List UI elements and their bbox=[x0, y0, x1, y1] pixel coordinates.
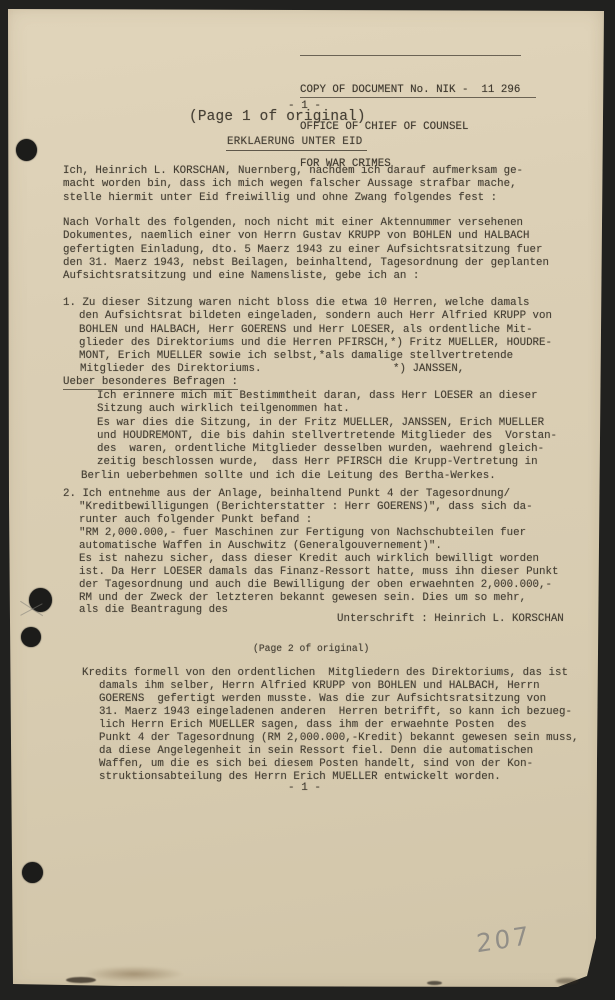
text-line: RM und der Zweck der letzteren bekannt g… bbox=[79, 592, 558, 605]
text-line: runter auch folgender Punkt befand : bbox=[79, 514, 558, 527]
numbered-item-1: 1. Zu dieser Sitzung waren nicht bloss d… bbox=[63, 297, 552, 363]
text-line: "RM 2,000.000,- fuer Maschinen zur Ferti… bbox=[79, 527, 558, 540]
text-line: den Aufsichtsrat bildeten eingeladen, so… bbox=[79, 310, 552, 323]
text-line: Kredits formell von den ordentlichen Mit… bbox=[82, 667, 578, 680]
befragen-heading: Ueber besonderes Befragen : bbox=[63, 376, 238, 390]
hole-punch bbox=[16, 139, 37, 161]
text-line: Dokumentes, naemlich einer von Herrn Gus… bbox=[63, 230, 549, 243]
stamp-rule-bottom bbox=[300, 97, 536, 98]
page2-of-original-label: (Page 2 of original) bbox=[253, 643, 369, 654]
text-line: des waren, ordentliche Mitglieder dessel… bbox=[97, 443, 557, 456]
text-line: stelle hiermit unter Eid freiwillig und … bbox=[63, 192, 523, 205]
text-line: Es ist nahezu sicher, dass dieser Kredit… bbox=[79, 553, 558, 566]
text-line: zeitig beschlossen wurde, dass Herr PFIR… bbox=[97, 456, 557, 469]
text-line: BOHLEN und HALBACH, Herr GOERENS und Her… bbox=[79, 324, 552, 337]
text-line: "Kreditbewilligungen (Berichterstatter :… bbox=[79, 501, 558, 514]
text-line: lich Herrn Erich MUELLER sagen, dass ihm… bbox=[99, 719, 578, 732]
stamp-rule-top bbox=[300, 55, 521, 56]
text-line: Ich, Heinrich L. KORSCHAN, Nuernberg, na… bbox=[63, 165, 523, 178]
signature-line: Unterschrift : Heinrich L. KORSCHAN bbox=[337, 613, 564, 625]
text-line: damals ihm selber, Herrn Alfried KRUPP v… bbox=[99, 680, 578, 693]
befragen-paragraph: Ich erinnere mich mit Bestimmtheit daran… bbox=[81, 390, 557, 483]
text-line: MONT, Erich MUELLER sowie ich selbst,*al… bbox=[79, 350, 552, 363]
stamp-line-document-number: COPY OF DOCUMENT No. NIK - 11 296 bbox=[300, 84, 520, 97]
preamble-paragraph: Nach Vorhalt des folgenden, noch nicht m… bbox=[63, 217, 549, 283]
text-line: glieder des Direktoriums und die Herren … bbox=[79, 337, 552, 350]
page1-of-original-label: (Page 1 of original) bbox=[189, 109, 366, 125]
text-line: automatische Waffen in Auschwitz (Genera… bbox=[79, 540, 558, 553]
text-line: 1. Zu dieser Sitzung waren nicht bloss d… bbox=[63, 297, 552, 310]
declaration-paragraph: Ich, Heinrich L. KORSCHAN, Nuernberg, na… bbox=[63, 165, 523, 205]
hole-punch bbox=[22, 862, 43, 883]
page-number-bottom: - 1 - bbox=[288, 782, 321, 794]
continuation-paragraph: Kredits formell von den ordentlichen Mit… bbox=[82, 667, 578, 784]
numbered-item-2: 2. Ich entnehme aus der Anlage, beinhalt… bbox=[63, 488, 558, 617]
text-line: den 31. Maerz 1943, nebst Beilagen, bein… bbox=[63, 257, 549, 270]
text-line: struktionsabteilung des Herrn Erich MUEL… bbox=[99, 771, 578, 784]
text-line: GOERENS gefertigt werden musste. Was die… bbox=[99, 693, 578, 706]
footnote-janssen: *) JANSSEN, bbox=[393, 363, 464, 375]
item1-last-line: Mitglieder des Direktoriums. bbox=[80, 363, 261, 375]
text-line: und HOUDREMONT, die bis dahin stellvertr… bbox=[97, 430, 557, 443]
document-scan: COPY OF DOCUMENT No. NIK - 11 296 OFFICE… bbox=[0, 0, 615, 1000]
text-line: Nach Vorhalt des folgenden, noch nicht m… bbox=[63, 217, 549, 230]
text-line: Aufsichtsratsitzung und eine Namensliste… bbox=[63, 270, 549, 283]
text-line: Ich erinnere mich mit Bestimmtheit daran… bbox=[97, 390, 557, 403]
text-line: Sitzung auch wirklich teilgenommen hat. bbox=[97, 403, 557, 416]
text-line: Punkt 4 der Tagesordnung (RM 2,000.000,-… bbox=[99, 732, 578, 745]
text-line: Es war dies die Sitzung, in der Fritz MU… bbox=[97, 417, 557, 430]
text-line: da diese Angelegenheit in sein Ressort f… bbox=[99, 745, 578, 758]
text-line: macht worden bin, dass ich mich wegen fa… bbox=[63, 178, 523, 191]
text-line: ist. Da Herr LOESER damals das Finanz-Re… bbox=[79, 566, 558, 579]
text-line: Berlin ueberbehmen sollte und ich die Le… bbox=[81, 470, 557, 483]
hole-punch bbox=[21, 627, 41, 647]
text-line: der Tagesordnung und auch die Bewilligun… bbox=[79, 579, 558, 592]
text-line: 31. Maerz 1943 eingeladenen anderen Herr… bbox=[99, 706, 578, 719]
text-line: 2. Ich entnehme aus der Anlage, beinhalt… bbox=[63, 488, 558, 501]
document-title: ERKLAERUNG UNTER EID bbox=[226, 136, 367, 151]
text-line: gefertigten Einladung, dto. 5 Maerz 1943… bbox=[63, 244, 549, 257]
text-line: Waffen, um die es sich bei diesem Posten… bbox=[99, 758, 578, 771]
